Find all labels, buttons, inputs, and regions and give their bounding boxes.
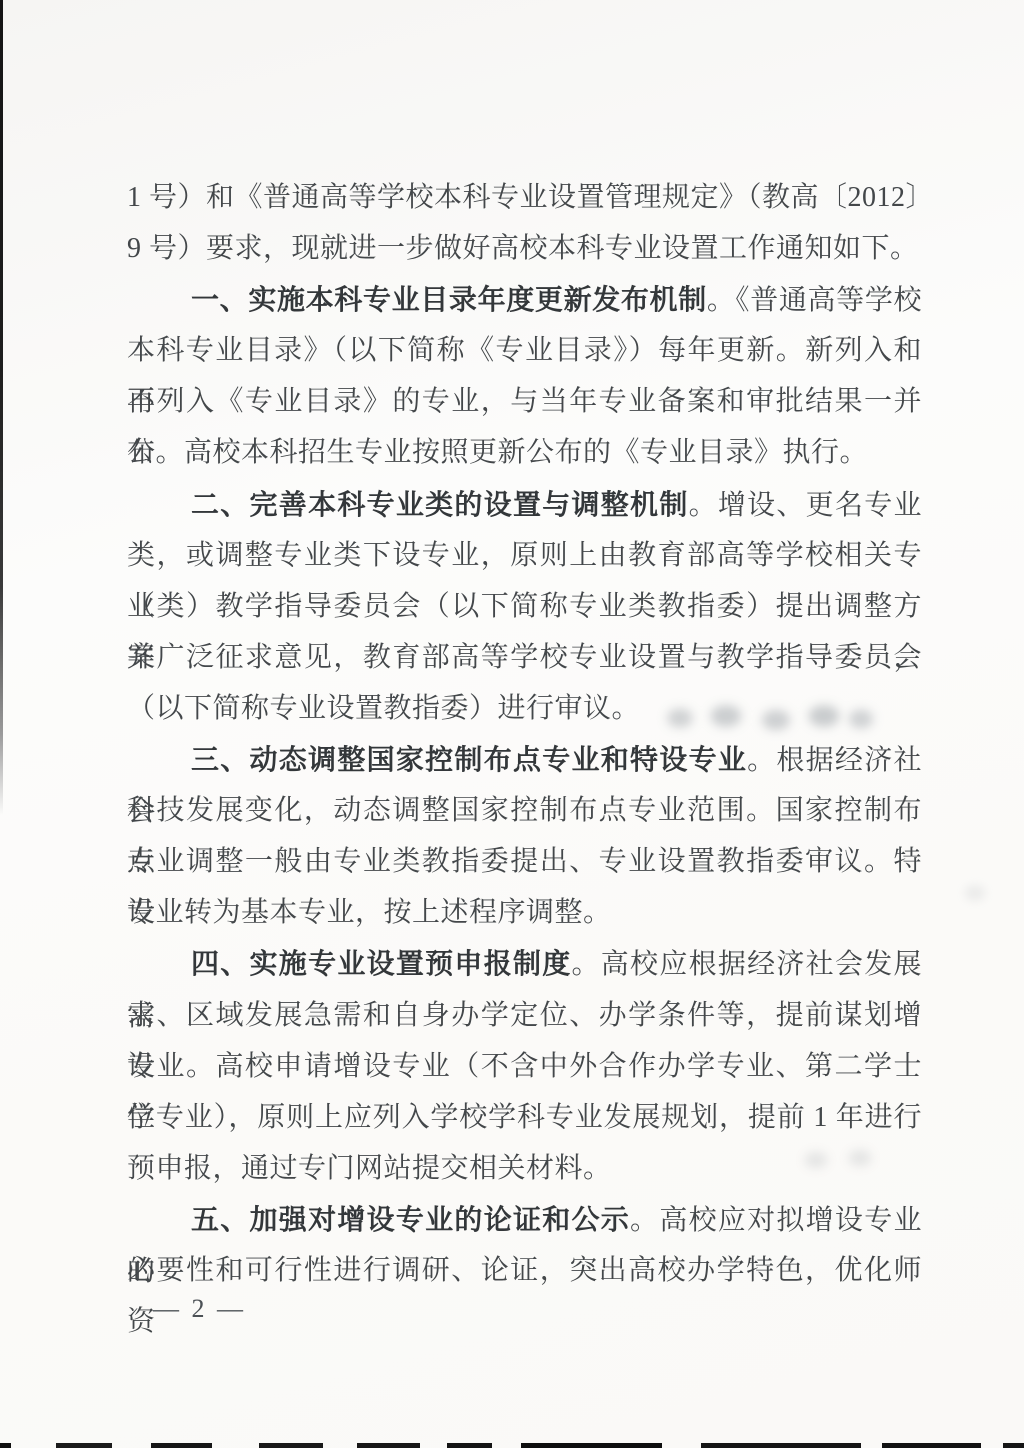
section-heading: 二、完善本科专业类的设置与调整机制 [191, 489, 689, 520]
page-number: — 2 — [153, 1294, 246, 1324]
body-text: 预申报，通过专门网站提交相关材料。 [127, 1153, 612, 1184]
body-text: 必要性和可行性进行调研、论证，突出高校办学特色，优化师资 [127, 1255, 922, 1337]
body-text: 9 号）要求，现就进一步做好高校本科专业设置工作通知如下。 [127, 233, 919, 264]
document-body: 1 号）和《普通高等学校本科专业设置管理规定》（教高〔2012〕9 号）要求，现… [127, 172, 922, 1296]
ink-bleed-artifact [955, 878, 999, 908]
body-text: 布。高校本科招生专业按照更新公布的《专业目录》执行。 [127, 437, 868, 468]
body-text: 。增设、更名专业 [689, 490, 922, 521]
section-heading: 一、实施本科专业目录年度更新发布机制 [191, 284, 707, 315]
body-text: 并广泛征求意见，教育部高等学校专业设置与教学指导委员会 [127, 642, 922, 673]
text-line: 科技发展变化，动态调整国家控制布点专业范围。国家控制布点 [127, 785, 922, 836]
body-text: 1 号）和《普通高等学校本科专业设置管理规定》（教高〔2012〕 [127, 182, 934, 213]
text-line: 三、动态调整国家控制布点专业和特设专业。根据经济社会 [127, 734, 922, 785]
text-line: 9 号）要求，现就进一步做好高校本科专业设置工作通知如下。 [127, 223, 922, 274]
body-text: 。《普通高等学校 [707, 285, 922, 316]
text-line: 二、完善本科专业类的设置与调整机制。增设、更名专业 [127, 479, 922, 530]
section-heading: 三、动态调整国家控制布点专业和特设专业 [191, 744, 747, 775]
text-line: 类，或调整专业类下设专业，原则上由教育部高等学校相关专业 [127, 530, 922, 581]
text-line: 专业调整一般由专业类教指委提出、专业设置教指委审议。特设 [127, 836, 922, 887]
text-line: 五、加强对增设专业的论证和公示。高校应对拟增设专业的 [127, 1194, 922, 1245]
scan-edge-artifact-left [0, 0, 3, 815]
text-line: （类）教学指导委员会（以下简称专业类教指委）提出调整方案， [127, 581, 922, 632]
text-line: 必要性和可行性进行调研、论证，突出高校办学特色，优化师资 [127, 1245, 922, 1296]
text-line: 四、实施专业设置预申报制度。高校应根据经济社会发展需 [127, 938, 922, 989]
text-line: 一、实施本科专业目录年度更新发布机制。《普通高等学校 [127, 274, 922, 325]
text-line: 求、区域发展急需和自身办学定位、办学条件等，提前谋划增设 [127, 990, 922, 1041]
section-heading: 五、加强对增设专业的论证和公示 [191, 1204, 630, 1235]
body-text: （以下简称专业设置教指委）进行审议。 [127, 693, 640, 724]
text-line: 预申报，通过专门网站提交相关材料。 [127, 1143, 922, 1194]
text-line: 并广泛征求意见，教育部高等学校专业设置与教学指导委员会 [127, 632, 922, 683]
text-line: （以下简称专业设置教指委）进行审议。 [127, 683, 922, 734]
section-heading: 四、实施专业设置预申报制度 [191, 948, 572, 979]
text-line: 专业。高校申请增设专业（不含中外合作办学专业、第二学士学 [127, 1041, 922, 1092]
body-text: 位专业），原则上应列入学校学科专业发展规划，提前 1 年进行 [127, 1102, 922, 1133]
scan-edge-artifact-bottom [0, 1443, 1024, 1448]
text-line: 位专业），原则上应列入学校学科专业发展规划，提前 1 年进行 [127, 1092, 922, 1143]
text-line: 专业转为基本专业，按上述程序调整。 [127, 887, 922, 938]
text-line: 1 号）和《普通高等学校本科专业设置管理规定》（教高〔2012〕 [127, 172, 922, 223]
text-line: 本科专业目录》（以下简称《专业目录》）每年更新。新列入和不 [127, 325, 922, 376]
text-line: 布。高校本科招生专业按照更新公布的《专业目录》执行。 [127, 427, 922, 478]
body-text: 专业转为基本专业，按上述程序调整。 [127, 897, 612, 928]
text-line: 再列入《专业目录》的专业，与当年专业备案和审批结果一并公 [127, 376, 922, 427]
document-page: 1 号）和《普通高等学校本科专业设置管理规定》（教高〔2012〕9 号）要求，现… [0, 0, 1024, 1448]
